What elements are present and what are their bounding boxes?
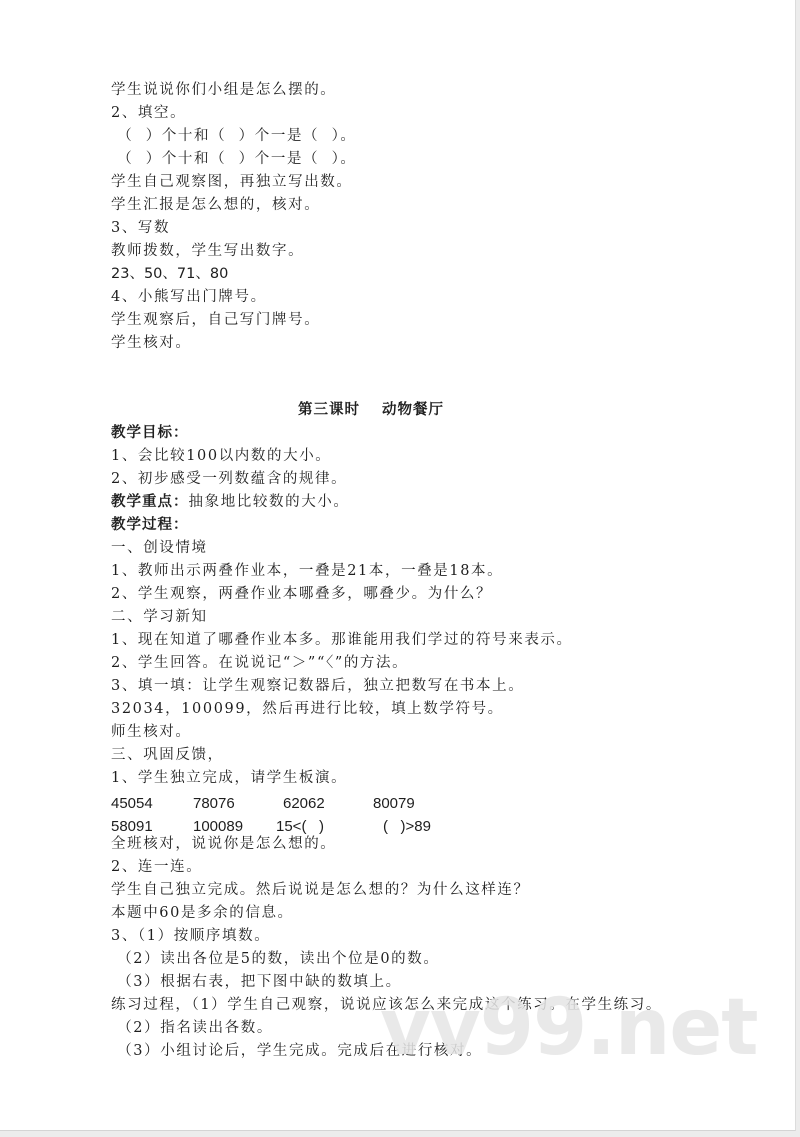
objective-item: 1、会比较100以内数的大小。 [111,445,331,468]
text-line: 二、学习新知 [111,606,208,629]
key-point-line: 教学重点：抽象地比较数的大小。 [111,491,350,514]
text-line: 32034，100099，然后再进行比较，填上数学符号。 [111,698,504,721]
key-point-label: 教学重点： [111,494,189,510]
text-line: （3）小组讨论后，学生完成。完成后在进行核对。 [111,1040,482,1063]
text-line: 本题中60是多余的信息。 [111,902,294,925]
text-line: 2、连一连。 [111,856,202,879]
text-line: 1、学生独立完成，请学生板演。 [111,767,347,790]
text-line: 练习过程，（1）学生自己观察，说说应该怎么来完成这个练习。在学生练习。 [111,994,662,1017]
text-line: 学生核对。 [111,332,192,355]
text-line: 学生说说你们小组是怎么摆的。 [111,79,336,102]
text-line: 学生汇报是怎么想的，核对。 [111,194,320,217]
text-line: 学生自己独立完成。然后说说是怎么想的？为什么这样连？ [111,879,530,902]
objective-item: 2、初步感受一列数蕴含的规律。 [111,468,347,491]
text-line: （2）指名读出各数。 [111,1017,273,1040]
number-cell: ( )>89 [383,815,431,838]
key-point-text: 抽象地比较数的大小。 [189,494,350,510]
text-line: 1、教师出示两叠作业本，一叠是21本，一叠是18本。 [111,560,503,583]
document-page: 学生说说你们小组是怎么摆的。 2、填空。 （ ）个十和（ ）个一是（ ）。 （ … [0,0,796,1131]
text-line: 3、（1）按顺序填数。 [111,925,270,948]
text-line: 师生核对。 [111,721,192,744]
text-line: 全班核对，说说你是怎么想的。 [111,833,336,856]
number-cell: 80079 [373,792,415,815]
text-line: （3）根据右表，把下图中缺的数填上。 [111,971,402,994]
lesson-title-part1: 第三课时 [298,402,360,418]
text-line: 2、学生回答。在说说记“＞”“〈”的方法。 [111,652,408,675]
text-line: （2）读出各位是5的数，读出个位是0的数。 [111,948,439,971]
text-line: 教师拨数，学生写出数字。 [111,240,304,263]
number-cell: 45054 [111,792,153,815]
number-cell: 78076 [193,792,235,815]
text-line: 一、创设情境 [111,537,208,560]
objectives-heading: 教学目标： [111,422,189,445]
text-line: 3、填一填：让学生观察记数器后，独立把数写在书本上。 [111,675,524,698]
text-line: （ ）个十和（ ）个一是（ ）。 [111,148,357,171]
number-cell: 62062 [283,792,325,815]
lesson-title-part2: 动物餐厅 [382,402,444,418]
text-line: 三、巩固反馈， [111,744,224,767]
text-line: 4、小熊写出门牌号。 [111,286,267,309]
process-heading: 教学过程： [111,514,189,537]
text-line: 学生自己观察图，再独立写出数。 [111,171,353,194]
text-line: 学生观察后，自己写门牌号。 [111,309,320,332]
text-line: 2、填空。 [111,102,186,125]
text-line: 2、学生观察，两叠作业本哪叠多，哪叠少。为什么？ [111,583,492,606]
text-line: （ ）个十和（ ）个一是（ ）。 [111,125,357,148]
text-line: 3、写数 [111,217,170,240]
lesson-title: 第三课时动物餐厅 [298,399,444,422]
text-line: 1、现在知道了哪叠作业本多。那谁能用我们学过的符号来表示。 [111,629,573,652]
number-list: 23、50、71、80 [111,263,228,286]
